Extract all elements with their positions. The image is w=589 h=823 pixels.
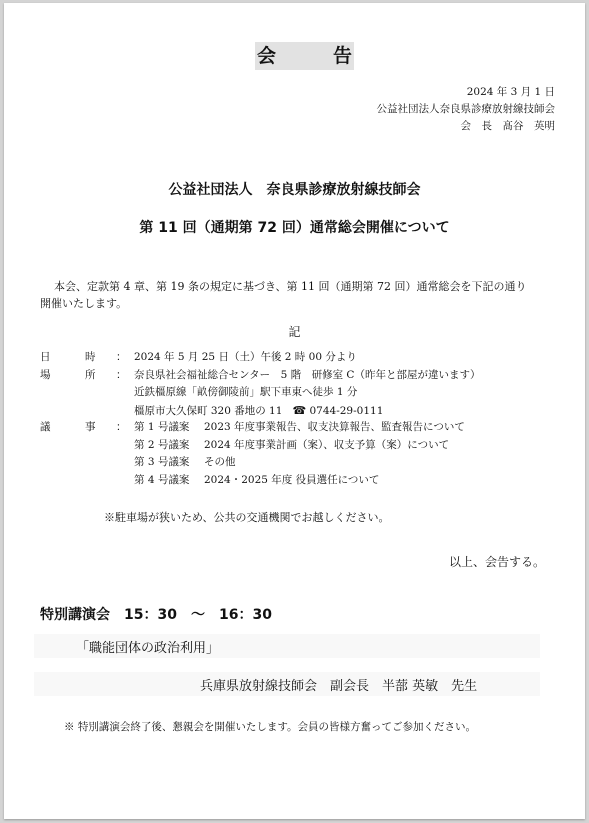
reception-footnote: ※ 特別講演会終了後、懇親会を開催いたします。会員の皆様方奮ってご参加ください。 [64, 719, 476, 734]
notice-title-char-1: 会 [257, 42, 276, 70]
issuing-organization: 公益社団法人奈良県診療放射線技師会 [377, 102, 556, 117]
special-lecture-heading: 特別講演会 15：30 ～ 16：30 [40, 604, 272, 624]
agenda-item-1-no: 第 1 号議案 [134, 419, 189, 436]
telephone-icon: ☎ [292, 404, 306, 417]
place-access: 近鉄橿原線「畝傍御陵前」駅下車東へ徒歩 1 分 [134, 384, 357, 401]
agenda-item-4-text: 2024・2025 年度 役員選任について [204, 472, 379, 489]
place-label-2: 所 [85, 367, 96, 384]
closing-statement: 以上、会告する。 [449, 553, 545, 570]
president-name: 会 長 髙谷 英明 [461, 119, 556, 134]
body-text-line-2: 開催いたします。 [40, 295, 127, 312]
datetime-value: 2024 年 5 月 25 日（土）午後 2 時 00 分より [134, 349, 357, 366]
place-colon: ： [116, 367, 127, 384]
parking-note: ※駐車場が狭いため、公共の交通機関でお越しください。 [104, 509, 390, 525]
place-phone: 0744-29-0111 [309, 405, 383, 417]
document-page: 会 告 2024 年 3 月 1 日 公益社団法人奈良県診療放射線技師会 会 長… [4, 3, 585, 819]
meeting-heading: 第 11 回（通期第 72 回）通常総会開催について [4, 217, 585, 237]
lecture-title: 「職能団体の政治利用」 [76, 637, 219, 656]
agenda-item-2-text: 2024 年度事業計画（案）、収支予算（案）について [204, 437, 449, 454]
agenda-item-4-no: 第 4 号議案 [134, 472, 189, 489]
body-text-line-1: 本会、定款第 4 章、第 19 条の規定に基づき、第 11 回（通期第 72 回… [54, 278, 527, 295]
ki-heading: 記 [4, 323, 585, 340]
notice-date: 2024 年 3 月 1 日 [467, 85, 555, 100]
datetime-colon: ： [116, 349, 127, 366]
agenda-item-1-text: 2023 年度事業報告、収支決算報告、監査報告について [204, 419, 465, 436]
agenda-item-3-text: その他 [204, 454, 236, 471]
datetime-label-1: 日 [40, 349, 51, 366]
organization-heading: 公益社団法人 奈良県診療放射線技師会 [4, 179, 585, 199]
agenda-colon: ： [116, 419, 127, 436]
agenda-label-1: 議 [40, 419, 51, 436]
place-label-1: 場 [40, 367, 51, 384]
agenda-label-2: 事 [85, 419, 96, 436]
datetime-label-2: 時 [85, 349, 96, 366]
place-venue: 奈良県社会福祉総合センター 5 階 研修室 C（昨年と部屋が違います） [134, 367, 480, 384]
notice-title-char-2: 告 [333, 42, 352, 70]
place-address: 橿原市大久保町 320 番地の 11 [134, 405, 282, 417]
lecture-speaker: 兵庫県放射線技師会 副会長 半蔀 英敏 先生 [200, 675, 477, 694]
agenda-item-3-no: 第 3 号議案 [134, 454, 189, 471]
notice-title: 会 告 [255, 42, 354, 70]
agenda-item-2-no: 第 2 号議案 [134, 437, 189, 454]
place-address-line: 橿原市大久保町 320 番地の 11 ☎ 0744-29-0111 [134, 402, 383, 420]
